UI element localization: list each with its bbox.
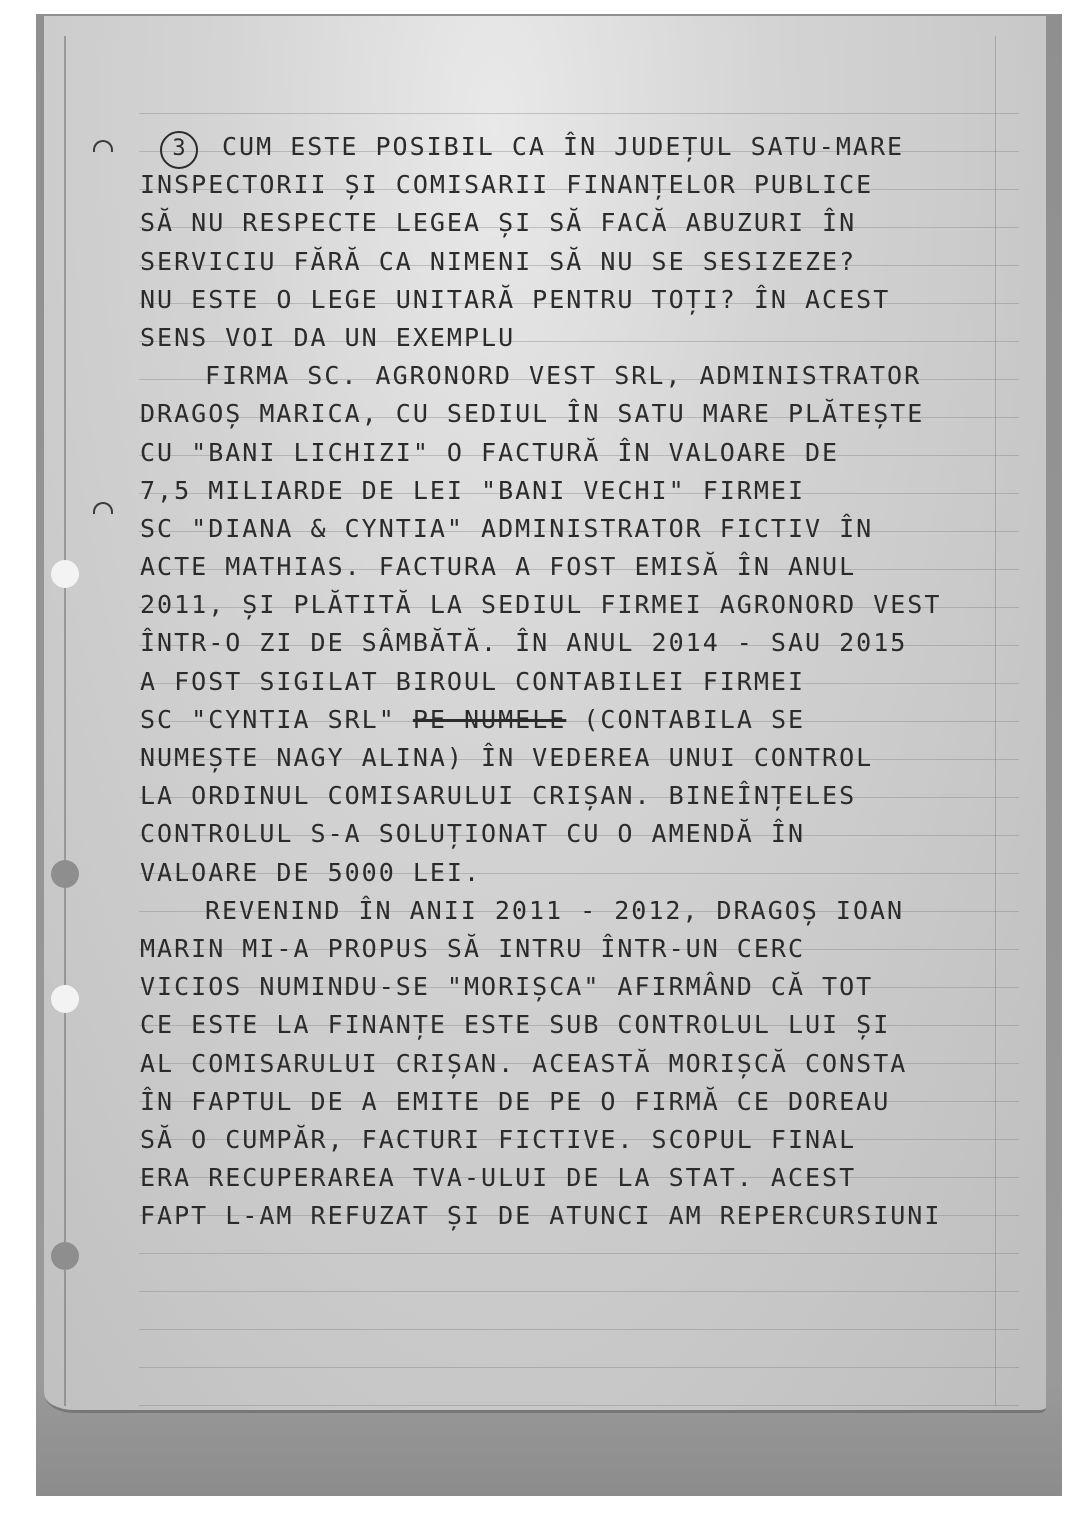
text-line: FIRMA SC. AGRONORD VEST SRL, ADMINISTRAT… [140, 357, 990, 395]
text-line: ÎNTR-O ZI DE SÂMBĂTĂ. ÎN ANUL 2014 - SAU… [140, 624, 990, 662]
handwritten-text: 3CUM ESTE POSIBIL CA ÎN JUDEȚUL SATU-MAR… [140, 128, 990, 1235]
text-span: SC "CYNTIA SRL" [140, 705, 396, 734]
text-line: NUMEȘTE NAGY ALINA) ÎN VEDEREA UNUI CONT… [140, 739, 990, 777]
binder-hole [51, 560, 79, 588]
strikethrough-text: PE NUMELE [413, 705, 566, 734]
text-span: CUM ESTE POSIBIL CA ÎN JUDEȚUL SATU-MARE [222, 132, 904, 161]
text-line: 3CUM ESTE POSIBIL CA ÎN JUDEȚUL SATU-MAR… [160, 128, 990, 166]
text-span: (CONTABILA SE [583, 705, 805, 734]
binder-hole [51, 1242, 79, 1270]
binder-hole [51, 860, 79, 888]
text-line: 7,5 MILIARDE DE LEI "BANI VECHI" FIRMEI [140, 472, 990, 510]
text-line: INSPECTORII ȘI COMISARII FINANȚELOR PUBL… [140, 166, 990, 204]
binder-hole [51, 985, 79, 1013]
text-line: AL COMISARULUI CRIȘAN. ACEASTĂ MORIȘCĂ C… [140, 1045, 990, 1083]
text-line: LA ORDINUL COMISARULUI CRIȘAN. BINEÎNȚEL… [140, 777, 990, 815]
text-line: ACTE MATHIAS. FACTURA A FOST EMISĂ ÎN AN… [140, 548, 990, 586]
text-line: ERA RECUPERAREA TVA-ULUI DE LA STAT. ACE… [140, 1159, 990, 1197]
text-line: CONTROLUL S-A SOLUȚIONAT CU O AMENDĂ ÎN [140, 815, 990, 853]
text-line: VALOARE DE 5000 LEI. [140, 854, 990, 892]
text-line: SĂ O CUMPĂR, FACTURI FICTIVE. SCOPUL FIN… [140, 1121, 990, 1159]
text-line: VICIOS NUMINDU-SE "MORIȘCA" AFIRMÂND CĂ … [140, 968, 990, 1006]
text-line: SERVICIU FĂRĂ CA NIMENI SĂ NU SE SESIZEZ… [140, 243, 990, 281]
text-line: CE ESTE LA FINANȚE ESTE SUB CONTROLUL LU… [140, 1006, 990, 1044]
text-line: FAPT L-AM REFUZAT ȘI DE ATUNCI AM REPERC… [140, 1197, 990, 1235]
text-line: SĂ NU RESPECTE LEGEA ȘI SĂ FACĂ ABUZURI … [140, 204, 990, 242]
section-number: 3 [160, 131, 198, 169]
text-line: CU "BANI LICHIZI" O FACTURĂ ÎN VALOARE D… [140, 434, 990, 472]
text-line: ÎN FAPTUL DE A EMITE DE PE O FIRMĂ CE DO… [140, 1083, 990, 1121]
text-line: REVENIND ÎN ANII 2011 - 2012, DRAGOȘ IOA… [140, 892, 990, 930]
left-margin-line [64, 36, 66, 1406]
text-line: SENS VOI DA UN EXEMPLU [140, 319, 990, 357]
text-line: NU ESTE O LEGE UNITARĂ PENTRU TOȚI? ÎN A… [140, 281, 990, 319]
text-line: SC "DIANA & CYNTIA" ADMINISTRATOR FICTIV… [140, 510, 990, 548]
text-line: 2011, ȘI PLĂTITĂ LA SEDIUL FIRMEI AGRONO… [140, 586, 990, 624]
text-line: MARIN MI-A PROPUS SĂ INTRU ÎNTR-UN CERC [140, 930, 990, 968]
text-line: SC "CYNTIA SRL" PE NUMELE (CONTABILA SE [140, 701, 990, 739]
text-line: A FOST SIGILAT BIROUL CONTABILEI FIRMEI [140, 663, 990, 701]
text-line: DRAGOȘ MARICA, CU SEDIUL ÎN SATU MARE PL… [140, 395, 990, 433]
